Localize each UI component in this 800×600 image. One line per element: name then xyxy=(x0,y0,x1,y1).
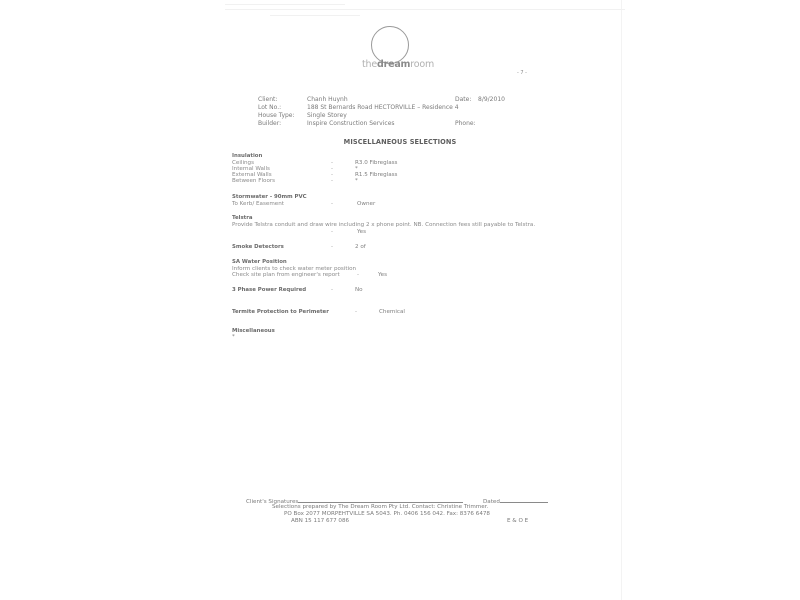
logo-text: thedreamroom xyxy=(362,59,434,70)
termite-heading: Termite Protection to Perimeter xyxy=(232,309,329,315)
site-plan-value: Yes xyxy=(378,272,387,278)
prepared-by: Selections prepared by The Dream Room Pt… xyxy=(272,504,488,510)
telstra-note: Provide Telstra conduit and draw wire in… xyxy=(232,222,535,228)
dash: - xyxy=(355,309,357,315)
stormwater-heading: Stormwater - 90mm PVC xyxy=(232,194,307,200)
telstra-heading: Telstra xyxy=(232,215,253,221)
three-phase-value: No xyxy=(355,287,363,293)
kerb-easement-label: To Kerb/ Easement xyxy=(232,201,284,207)
lot-value: 188 St Bernards Road HECTORVILLE – Resid… xyxy=(307,104,459,112)
ceilings-value: R3.0 Fibreglass xyxy=(355,160,397,166)
smoke-detectors-value: 2 of xyxy=(355,244,366,250)
house-type-label: House Type: xyxy=(258,112,295,120)
bleed-through-line xyxy=(225,9,625,10)
phone-label: Phone: xyxy=(455,120,476,128)
insulation-heading: Insulation xyxy=(232,153,262,159)
date-label: Date: xyxy=(455,96,471,104)
site-plan-label: Check site plan from engineer's report xyxy=(232,272,340,278)
address: PO Box 2077 MORPEHTVILLE SA 5043. Ph. 04… xyxy=(284,511,490,517)
dash: - xyxy=(331,201,333,207)
document-title: MISCELLANEOUS SELECTIONS xyxy=(0,138,800,146)
between-floors-label: Between Floors xyxy=(232,178,275,184)
dated-line: Dated xyxy=(483,497,548,505)
telstra-value: Yes xyxy=(357,229,366,235)
external-walls-value: R1.5 Fibreglass xyxy=(355,172,397,178)
bleed-through-line xyxy=(270,15,360,16)
smoke-detectors-heading: Smoke Detectors xyxy=(232,244,284,250)
dash: - xyxy=(357,272,359,278)
page-number: - 7 - xyxy=(517,70,527,76)
bleed-through-line xyxy=(225,4,345,5)
client-label: Client: xyxy=(258,96,277,104)
dated-field[interactable] xyxy=(500,497,548,503)
page-edge xyxy=(621,0,622,600)
dash: - xyxy=(331,244,333,250)
between-floors-value: * xyxy=(355,178,358,184)
sa-water-heading: SA Water Position xyxy=(232,259,287,265)
builder-value: Inspire Construction Services xyxy=(307,120,395,128)
miscellaneous-heading: Miscellaneous xyxy=(232,328,275,334)
house-type-value: Single Storey xyxy=(307,112,347,120)
client-value: Chanh Huynh xyxy=(307,96,348,104)
date-value: 8/9/2010 xyxy=(478,96,505,104)
dash: - xyxy=(331,287,333,293)
abn: ABN 15 117 677 086 xyxy=(291,518,349,524)
dash: - xyxy=(331,229,333,235)
miscellaneous-value: * xyxy=(232,334,235,340)
builder-label: Builder: xyxy=(258,120,281,128)
termite-value: Chemical xyxy=(379,309,405,315)
three-phase-heading: 3 Phase Power Required xyxy=(232,287,306,293)
signature-field[interactable] xyxy=(298,497,463,503)
lot-label: Lot No.: xyxy=(258,104,281,112)
dash: - xyxy=(331,178,333,184)
kerb-easement-value: Owner xyxy=(357,201,375,207)
eoe: E & O E xyxy=(507,518,528,524)
